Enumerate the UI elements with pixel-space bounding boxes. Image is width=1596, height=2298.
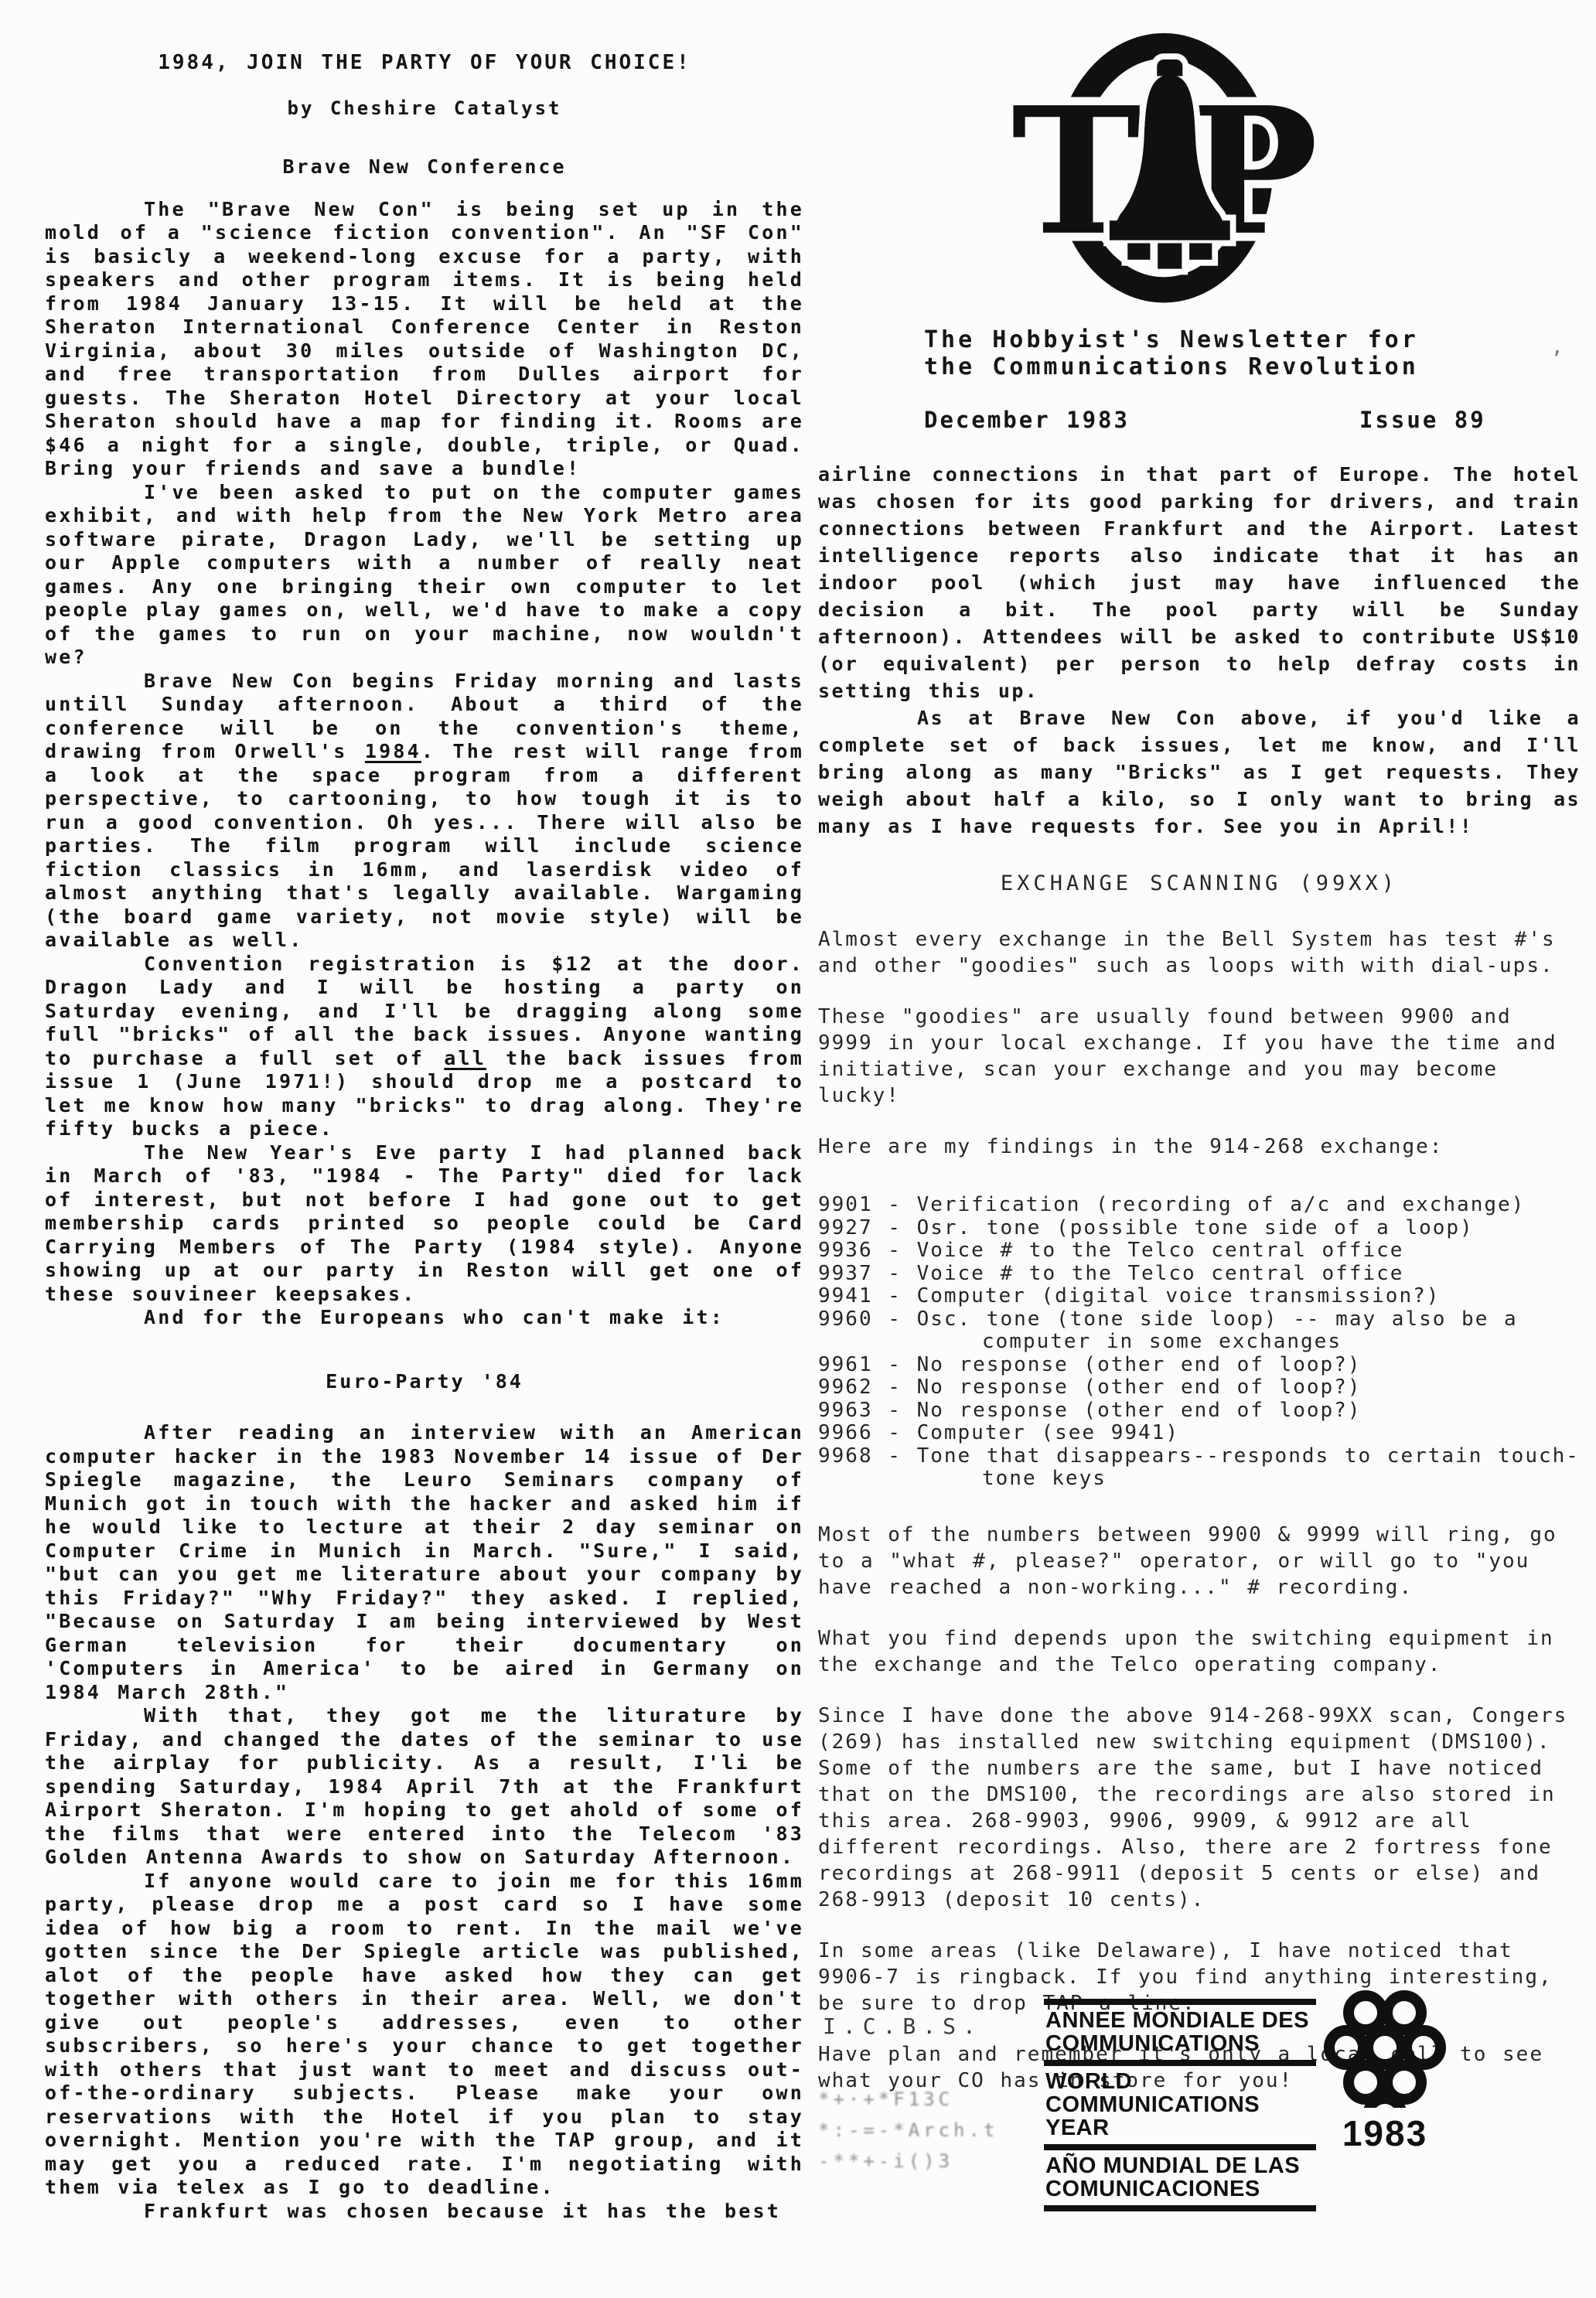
divider xyxy=(1044,1999,1316,2005)
underlined-all: all xyxy=(444,1047,486,1069)
paragraph: Convention registration is $12 at the do… xyxy=(45,953,804,1141)
issue-date: December 1983 xyxy=(924,407,1130,433)
finding-item: 9961 - No response (other end of loop?) xyxy=(818,1354,1581,1377)
section-heading-brave-new-conference: Brave New Conference xyxy=(45,155,804,179)
left-column: 1984, JOIN THE PARTY OF YOUR CHOICE! by … xyxy=(45,51,804,2223)
finding-item: 9962 - No response (other end of loop?) xyxy=(818,1376,1581,1400)
finding-item: 9927 - Osr. tone (possible tone side of … xyxy=(818,1217,1581,1240)
paragraph: I've been asked to put on the computer g… xyxy=(45,481,804,670)
right-column: T P The Hobbyist's Newsletter for the Co… xyxy=(818,28,1581,2119)
divider xyxy=(1044,2205,1316,2211)
paragraph: If anyone would care to join me for this… xyxy=(45,1870,804,2200)
divider xyxy=(1044,2060,1316,2066)
wcy-knot-icon xyxy=(1323,1986,1447,2108)
finding-item: 9937 - Voice # to the Telco central offi… xyxy=(818,1263,1581,1286)
finding-item: 9901 - Verification (recording of a/c an… xyxy=(818,1194,1581,1217)
paragraph-text: . The rest will range from a look at the… xyxy=(45,740,804,951)
wcy-label-spanish: Año Mundial de las Comunicaciones xyxy=(1044,2153,1316,2203)
wcy-label-english: World Communications Year xyxy=(1044,2069,1316,2142)
scan-noise-mark: , xyxy=(1551,336,1564,359)
masthead-line2: the Communications Revolution xyxy=(924,353,1581,380)
issue-row: December 1983 Issue 89 xyxy=(818,407,1581,433)
paragraph: Most of the numbers between 9900 & 9999 … xyxy=(818,1522,1581,1601)
paragraph: Since I have done the above 914-268-99XX… xyxy=(818,1703,1581,1913)
newsletter-page: 1984, JOIN THE PARTY OF YOUR CHOICE! by … xyxy=(0,0,1596,2298)
finding-item: 9966 - Computer (see 9941) xyxy=(818,1422,1581,1445)
paragraph: The New Year's Eve party I had planned b… xyxy=(45,1141,804,1307)
section-heading-exchange-scanning: EXCHANGE SCANNING (99XX) xyxy=(818,871,1581,897)
paragraph-continuation-lead: Frankfurt was chosen because it has the … xyxy=(45,2200,804,2224)
finding-item: 9960 - Osc. tone (tone side loop) -- may… xyxy=(818,1308,1581,1354)
paragraph: After reading an interview with an Ameri… xyxy=(45,1421,804,1704)
masthead-line1: The Hobbyist's Newsletter for xyxy=(924,326,1581,353)
paragraph: Brave New Con begins Friday morning and … xyxy=(45,670,804,953)
masthead: The Hobbyist's Newsletter for the Commun… xyxy=(818,326,1581,380)
paragraph: Almost every exchange in the Bell System… xyxy=(818,926,1581,979)
smudged-text: -**+-i()3 xyxy=(818,2148,953,2174)
issue-number: Issue 89 xyxy=(1359,407,1486,433)
wcy-label-french: Annee Mondiale des Communications xyxy=(1044,2008,1316,2058)
wcy-year: 1983 xyxy=(1319,2112,1451,2154)
finding-item: 9936 - Voice # to the Telco central offi… xyxy=(818,1239,1581,1263)
article-title: 1984, JOIN THE PARTY OF YOUR CHOICE! xyxy=(45,51,804,75)
paragraph: Here are my findings in the 914-268 exch… xyxy=(818,1134,1581,1160)
paragraph: What you find depends upon the switching… xyxy=(818,1625,1581,1678)
divider xyxy=(1044,2144,1316,2150)
tap-bell-logo-icon: T P xyxy=(997,28,1330,315)
paragraph: With that, they got me the liturature by… xyxy=(45,1704,804,1870)
paragraph: The "Brave New Con" is being set up in t… xyxy=(45,198,804,481)
page-footer: I.C.B.S. *+·+*F13C *:-=-*Arch.t -**+-i()… xyxy=(818,1995,1581,2296)
smudged-text: *+·+*F13C xyxy=(818,2086,953,2112)
paragraph: These "goodies" are usually found betwee… xyxy=(818,1004,1581,1109)
finding-item: 9963 - No response (other end of loop?) xyxy=(818,1400,1581,1423)
section-heading-euro-party: Euro-Party '84 xyxy=(45,1370,804,1394)
article-byline: by Cheshire Catalyst xyxy=(45,97,804,121)
paragraph: As at Brave New Con above, if you'd like… xyxy=(818,704,1581,840)
finding-item: 9968 - Tone that disappears--responds to… xyxy=(818,1445,1581,1491)
underlined-1984: 1984 xyxy=(365,740,421,762)
footer-initials: I.C.B.S. xyxy=(823,2013,983,2040)
transition-line: And for the Europeans who can't make it: xyxy=(45,1306,804,1330)
wcy-emblem-block: 1983 xyxy=(1319,1986,1451,2154)
findings-list: 9901 - Verification (recording of a/c an… xyxy=(818,1194,1581,1491)
world-communications-year-box: Annee Mondiale des Communications World … xyxy=(1044,1996,1316,2214)
smudged-text: *:-=-*Arch.t xyxy=(818,2117,998,2143)
paragraph: airline connections in that part of Euro… xyxy=(818,461,1581,704)
finding-item: 9941 - Computer (digital voice transmiss… xyxy=(818,1285,1581,1308)
